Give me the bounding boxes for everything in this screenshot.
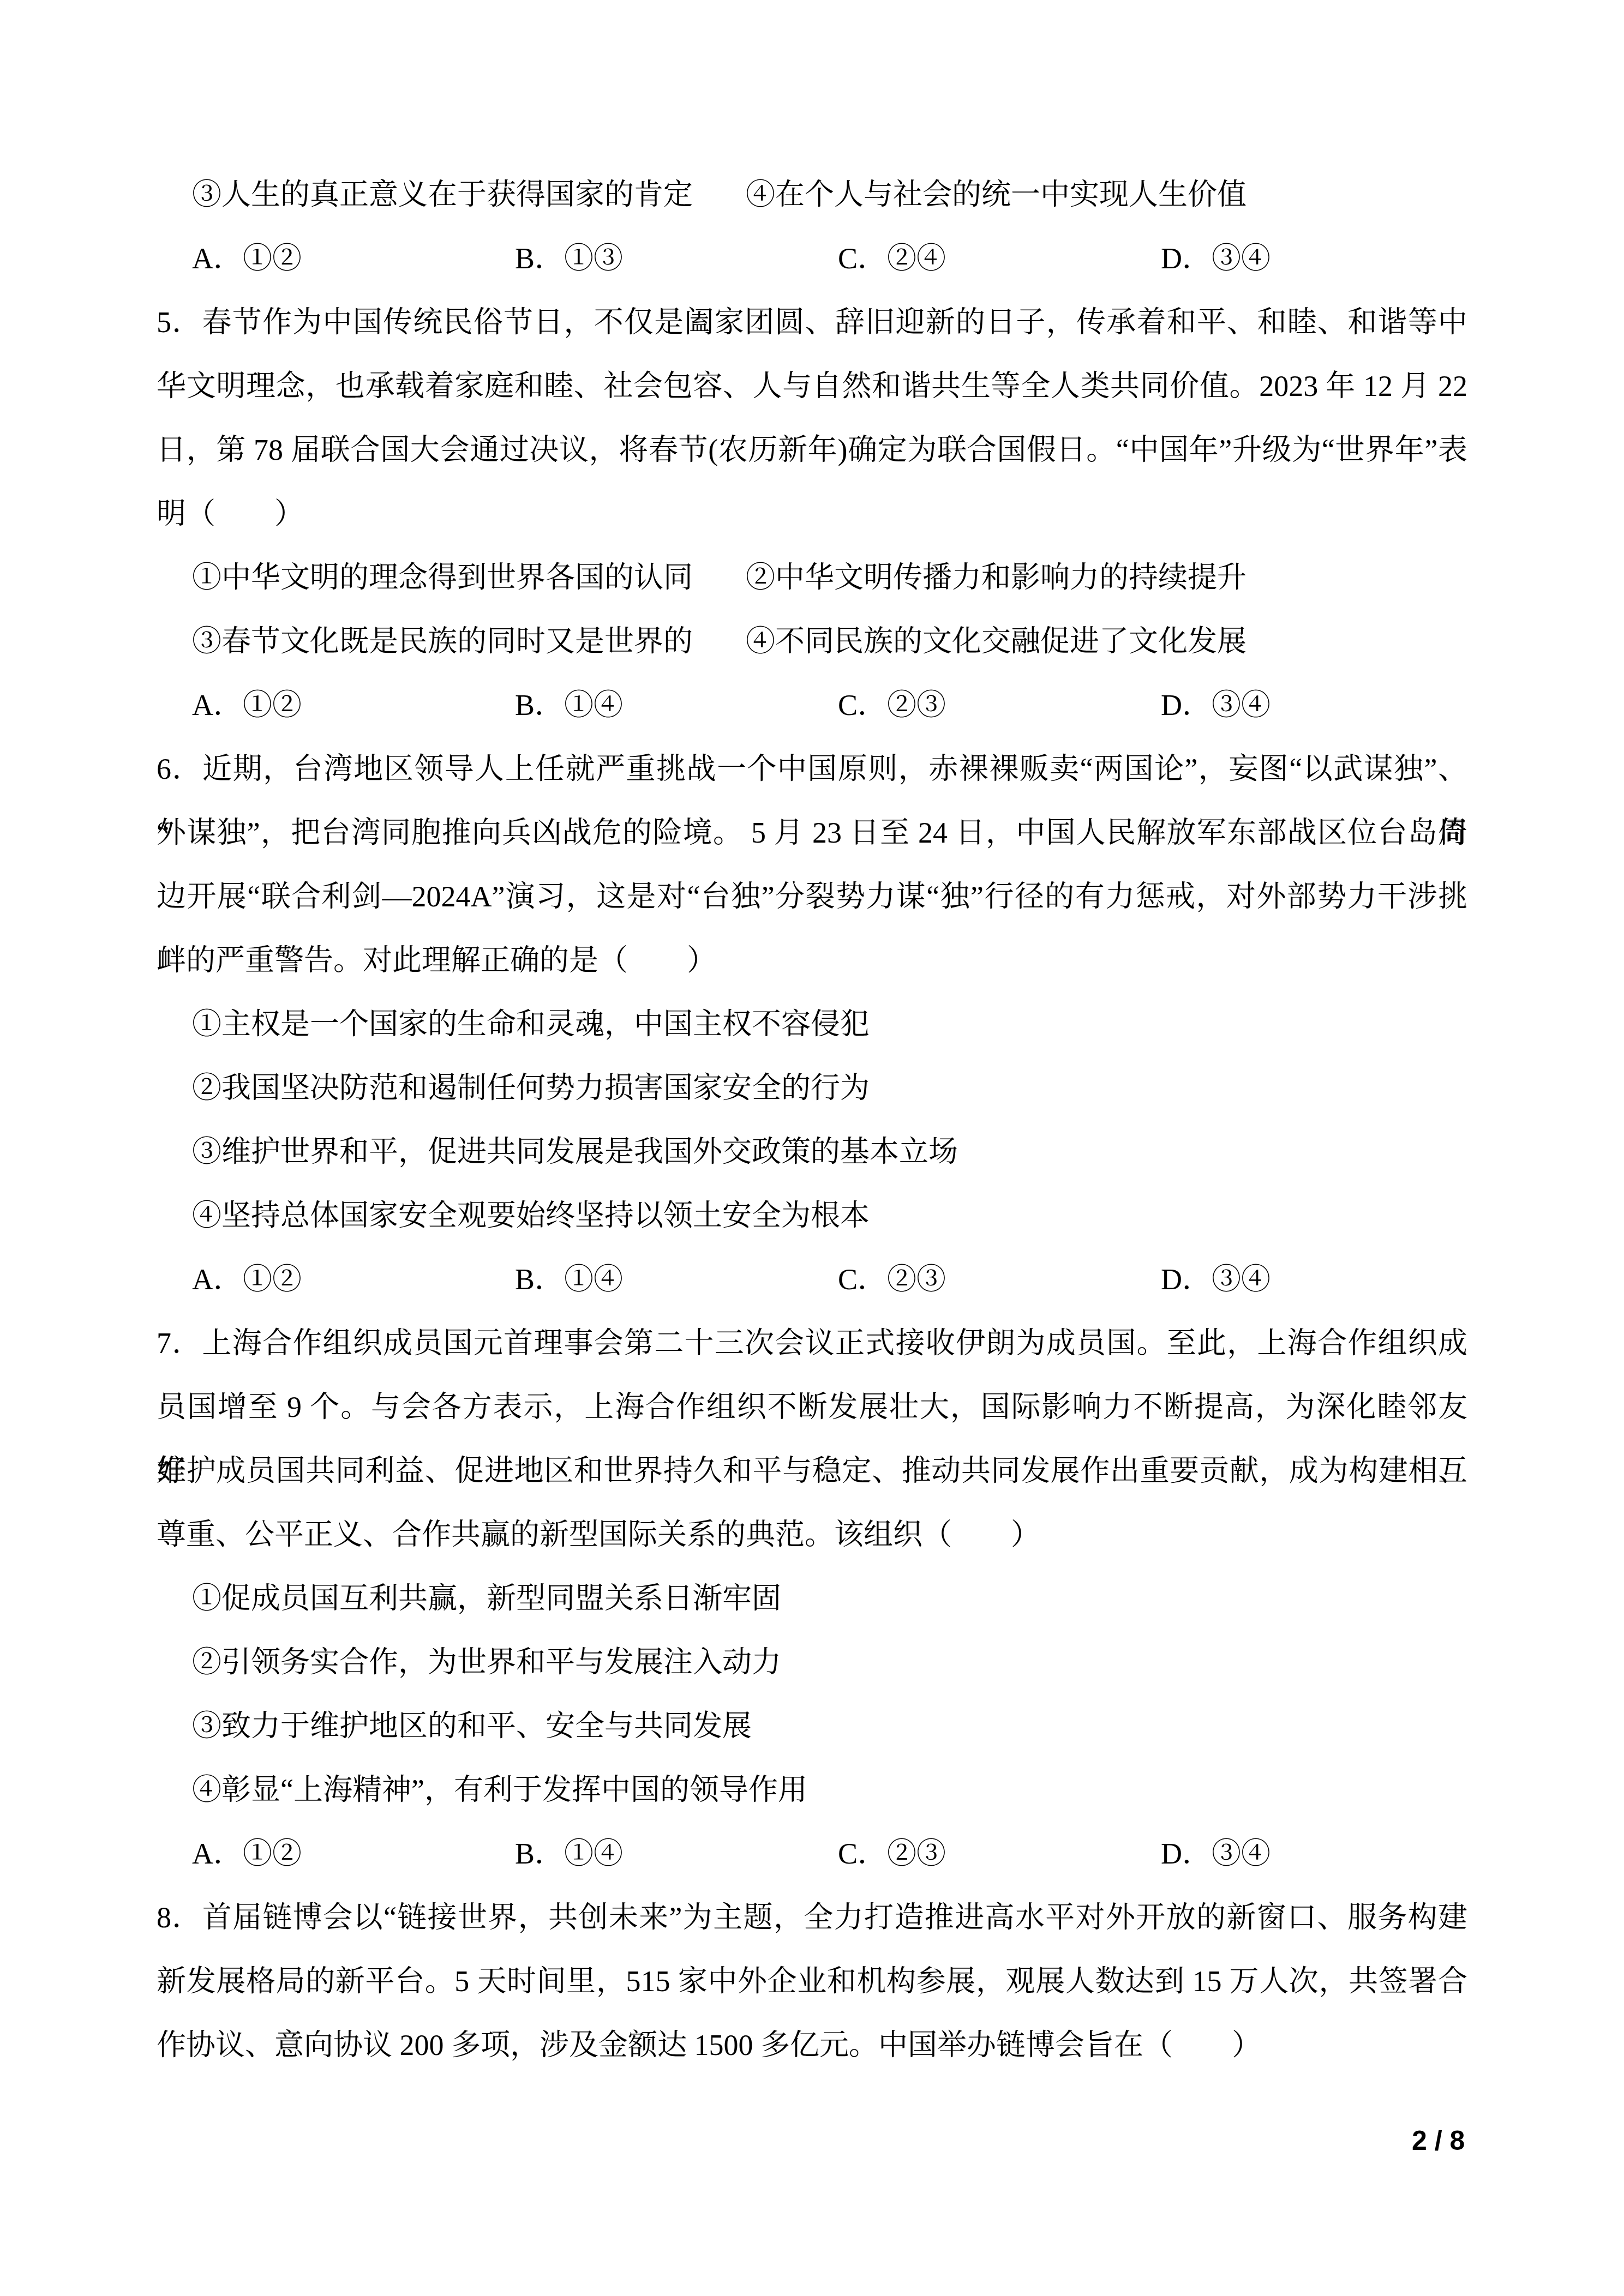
- q5-option-2: ②中华文明传播力和影响力的持续提升: [746, 561, 1247, 594]
- q6-answer-row: A．①②B．①④C．②③D．③④: [157, 1248, 1467, 1312]
- q8-stem-line-2: 新发展格局的新平台。5 天时间里，515 家中外企业和机构参展，观展人数达到 1…: [157, 1950, 1467, 2013]
- q6-stem-line-3: 边开展“联合利剑—2024A”演习，这是对“台独”分裂势力谋“独”行径的有力惩戒…: [157, 865, 1467, 929]
- q4-option-3: ③人生的真正意义在于获得国家的肯定: [192, 163, 746, 227]
- q6-stem-line-4: 衅的严重警告。对此理解正确的是（ ）: [157, 929, 1467, 993]
- q4-answer-c: C．②④: [838, 227, 1161, 291]
- q4-answer-b: B．①③: [515, 227, 838, 291]
- document-body: ③人生的真正意义在于获得国家的肯定④在个人与社会的统一中实现人生价值 A．①②B…: [157, 163, 1467, 2077]
- q6-answer-d: D．③④: [1161, 1248, 1271, 1312]
- q6-stem-line-2: 外谋独”，把台湾同胞推向兵凶战危的险境。 5 月 23 日至 24 日，中国人民…: [157, 801, 1467, 865]
- q5-answer-a: A．①②: [192, 674, 515, 737]
- q7-stem-line-2: 员国增至 9 个。与会各方表示，上海合作组织不断发展壮大，国际影响力不断提高，为…: [157, 1375, 1467, 1439]
- q7-stem-line-1: 7．上海合作组织成员国元首理事会第二十三次会议正式接收伊朗为成员国。至此，上海合…: [157, 1312, 1467, 1375]
- q5-option-4: ④不同民族的文化交融促进了文化发展: [746, 625, 1247, 658]
- q7-answer-c: C．②③: [838, 1822, 1161, 1886]
- q7-option-4: ④彰显“上海精神”，有利于发挥中国的领导作用: [157, 1758, 1467, 1822]
- q6-answer-c: C．②③: [838, 1248, 1161, 1312]
- q7-stem-line-4: 尊重、公平正义、合作共赢的新型国际关系的典范。该组织（ ）: [157, 1503, 1467, 1567]
- q5-answer-b: B．①④: [515, 674, 838, 737]
- page-number: 2 / 8: [1412, 2126, 1465, 2156]
- q4-option-pair-row: ③人生的真正意义在于获得国家的肯定④在个人与社会的统一中实现人生价值: [157, 163, 1467, 227]
- q7-stem-line-3: 维护成员国共同利益、促进地区和世界持久和平与稳定、推动共同发展作出重要贡献，成为…: [157, 1439, 1467, 1503]
- q6-option-2: ②我国坚决防范和遏制任何势力损害国家安全的行为: [157, 1056, 1467, 1120]
- q4-answer-d: D．③④: [1161, 227, 1271, 291]
- q5-stem-line-3: 日，第 78 届联合国大会通过决议，将春节(农历新年)确定为联合国假日。“中国年…: [157, 418, 1467, 482]
- q6-answer-b: B．①④: [515, 1248, 838, 1312]
- q7-answer-row: A．①②B．①④C．②③D．③④: [157, 1822, 1467, 1886]
- q5-option-1: ①中华文明的理念得到世界各国的认同: [192, 546, 746, 610]
- q6-answer-a: A．①②: [192, 1248, 515, 1312]
- q6-option-3: ③维护世界和平，促进共同发展是我国外交政策的基本立场: [157, 1120, 1467, 1184]
- q7-answer-b: B．①④: [515, 1822, 838, 1886]
- q7-option-1: ①促成员国互利共赢，新型同盟关系日渐牢固: [157, 1567, 1467, 1631]
- q7-option-2: ②引领务实合作，为世界和平与发展注入动力: [157, 1631, 1467, 1694]
- q5-option-pair-row-1: ①中华文明的理念得到世界各国的认同②中华文明传播力和影响力的持续提升: [157, 546, 1467, 610]
- q6-stem-line-1: 6．近期，台湾地区领导人上任就严重挑战一个中国原则，赤裸裸贩卖“两国论”，妄图“…: [157, 737, 1467, 801]
- q5-option-3: ③春节文化既是民族的同时又是世界的: [192, 610, 746, 674]
- q8-stem-line-3: 作协议、意向协议 200 多项，涉及金额达 1500 多亿元。中国举办链博会旨在…: [157, 2013, 1467, 2077]
- q5-option-pair-row-2: ③春节文化既是民族的同时又是世界的④不同民族的文化交融促进了文化发展: [157, 610, 1467, 674]
- q5-answer-row: A．①②B．①④C．②③D．③④: [157, 674, 1467, 737]
- q4-answer-row: A．①②B．①③C．②④D．③④: [157, 227, 1467, 291]
- q5-stem-line-2: 华文明理念，也承载着家庭和睦、社会包容、人与自然和谐共生等全人类共同价值。202…: [157, 354, 1467, 418]
- q7-option-3: ③致力于维护地区的和平、安全与共同发展: [157, 1694, 1467, 1758]
- q7-answer-a: A．①②: [192, 1822, 515, 1886]
- q4-option-4: ④在个人与社会的统一中实现人生价值: [746, 178, 1247, 211]
- exam-page: ③人生的真正意义在于获得国家的肯定④在个人与社会的统一中实现人生价值 A．①②B…: [0, 0, 1624, 2296]
- q4-answer-a: A．①②: [192, 227, 515, 291]
- q7-answer-d: D．③④: [1161, 1822, 1271, 1886]
- q6-option-4: ④坚持总体国家安全观要始终坚持以领土安全为根本: [157, 1184, 1467, 1248]
- q6-option-1: ①主权是一个国家的生命和灵魂，中国主权不容侵犯: [157, 993, 1467, 1056]
- q5-answer-d: D．③④: [1161, 674, 1271, 737]
- q5-stem-line-4: 明（ ）: [157, 482, 1467, 546]
- q5-answer-c: C．②③: [838, 674, 1161, 737]
- q8-stem-line-1: 8．首届链博会以“链接世界，共创未来”为主题，全力打造推进高水平对外开放的新窗口…: [157, 1886, 1467, 1950]
- q5-stem-line-1: 5．春节作为中国传统民俗节日，不仅是阖家团圆、辞旧迎新的日子，传承着和平、和睦、…: [157, 291, 1467, 354]
